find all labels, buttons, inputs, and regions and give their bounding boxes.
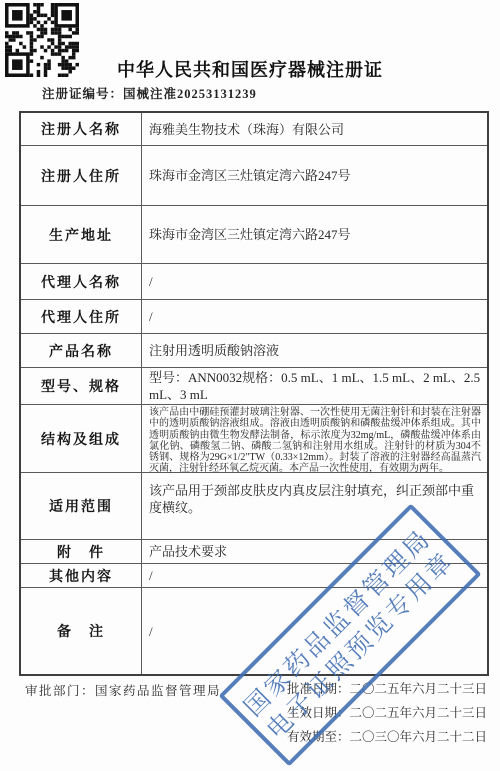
row-value: 珠海市金湾区三灶镇定湾六路247号 (142, 146, 487, 205)
row-label: 代理人住所 (21, 300, 142, 333)
approval-date-line: 批准日期：二〇二五年六月二十三日 (287, 679, 487, 703)
cert-number-line: 注册证编号：国械注准20253131239 (42, 84, 257, 102)
row-label: 备 注 (21, 588, 142, 674)
expiry-date-label: 有效期至： (287, 730, 350, 744)
cert-number-label: 注册证编号： (42, 87, 123, 101)
approval-department-label: 审批部门： (25, 684, 95, 698)
row-label: 产品名称 (21, 334, 142, 367)
row-label: 结构及组成 (21, 405, 142, 472)
table-row-product-name: 产品名称 注射用透明质酸钠溶液 (21, 333, 487, 367)
row-label: 代理人名称 (21, 264, 142, 299)
row-value: 该产品用于颈部皮肤皮内真皮层注射填充，纠正颈部中重度横纹。 (142, 473, 487, 539)
effective-date-line: 生效日期：二〇二五年六月二十三日 (287, 703, 487, 727)
effective-date-value: 二〇二五年六月二十三日 (350, 706, 488, 720)
row-value: / (142, 300, 487, 333)
approval-date-label: 批准日期： (287, 682, 350, 696)
certificate-page: 中华人民共和国医疗器械注册证 注册证编号：国械注准20253131239 注册人… (0, 0, 500, 771)
table-row-registrant-address: 注册人住所 珠海市金湾区三灶镇定湾六路247号 (21, 145, 487, 205)
row-value: 注射用透明质酸钠溶液 (142, 334, 487, 367)
effective-date-label: 生效日期： (287, 706, 350, 720)
page-title: 中华人民共和国医疗器械注册证 (0, 56, 500, 82)
table-row-registrant-name: 注册人名称 海雅美生物技术（珠海）有限公司 (21, 113, 487, 145)
table-row-production-address: 生产地址 珠海市金湾区三灶镇定湾六路247号 (21, 205, 487, 263)
approval-date-value: 二〇二五年六月二十三日 (350, 682, 488, 696)
expiry-date-value: 二〇三〇年六月二十二日 (350, 730, 488, 744)
row-label: 注册人名称 (21, 113, 142, 145)
approval-department-value: 国家药品监督管理局 (95, 684, 221, 698)
registration-table: 注册人名称 海雅美生物技术（珠海）有限公司 注册人住所 珠海市金湾区三灶镇定湾六… (19, 111, 489, 676)
expiry-date-line: 有效期至：二〇三〇年六月二十二日 (287, 727, 487, 751)
row-label: 型号、规格 (21, 368, 142, 404)
table-row-other-content: 其他内容 / (21, 563, 487, 587)
cert-number-value: 国械注准20253131239 (123, 87, 257, 101)
table-row-model-spec: 型号、规格 型号：ANN0032规格：0.5 mL、1 mL、1.5 mL、2 … (21, 367, 487, 404)
row-label: 生产地址 (21, 206, 142, 263)
row-value: 型号：ANN0032规格：0.5 mL、1 mL、1.5 mL、2 mL、2.5… (142, 368, 487, 404)
row-value: 产品技术要求 (142, 540, 487, 563)
table-row-structure-composition: 结构及组成 该产品由中硼硅预灌封玻璃注射器、一次性使用无菌注射针和封装在注射器中… (21, 404, 487, 472)
table-row-remarks: 备 注 / (21, 587, 487, 674)
approval-department-line: 审批部门：国家药品监督管理局 (25, 681, 221, 699)
row-value: 海雅美生物技术（珠海）有限公司 (142, 113, 487, 145)
row-label: 注册人住所 (21, 146, 142, 205)
table-row-intended-use: 适用范围 该产品用于颈部皮肤皮内真皮层注射填充，纠正颈部中重度横纹。 (21, 472, 487, 539)
table-row-agent-name: 代理人名称 / (21, 263, 487, 299)
row-label: 附 件 (21, 540, 142, 563)
row-label: 适用范围 (21, 473, 142, 539)
row-value: 该产品由中硼硅预灌封玻璃注射器、一次性使用无菌注射针和封装在注射器中的透明质酸钠… (142, 405, 487, 472)
table-row-attachment: 附 件 产品技术要求 (21, 539, 487, 563)
row-value: / (142, 588, 487, 674)
row-value: / (142, 564, 487, 587)
row-value: / (142, 264, 487, 299)
date-block: 批准日期：二〇二五年六月二十三日 生效日期：二〇二五年六月二十三日 有效期至：二… (287, 679, 487, 751)
row-label: 其他内容 (21, 564, 142, 587)
table-row-agent-address: 代理人住所 / (21, 299, 487, 333)
row-value: 珠海市金湾区三灶镇定湾六路247号 (142, 206, 487, 263)
